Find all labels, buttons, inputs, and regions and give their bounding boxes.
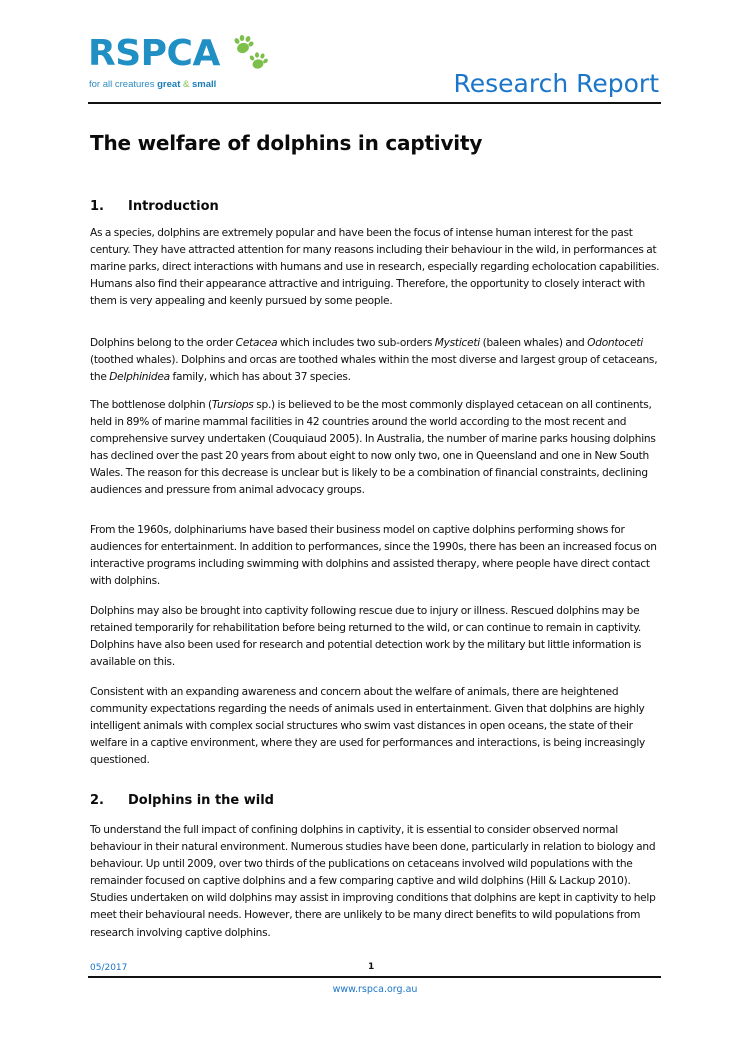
text-run: The bottlenose dolphin ( — [90, 399, 212, 411]
document-page: RSPCA for all cr — [0, 0, 750, 1061]
paragraph-wild-1: To understand the full impact of confini… — [90, 822, 662, 942]
paragraph-intro-5: Dolphins may also be brought into captiv… — [90, 603, 662, 671]
taxon-odontoceti: Odontoceti — [587, 337, 643, 349]
logo-wordmark: RSPCA — [88, 34, 220, 74]
taxon-tursiops: Tursiops — [212, 399, 254, 411]
text-run: which includes two sub-orders — [277, 337, 434, 349]
paragraph-intro-6: Consistent with an expanding awareness a… — [90, 684, 662, 769]
paragraph-intro-3: The bottlenose dolphin (Tursiops sp.) is… — [90, 397, 662, 500]
tagline-ampersand: & — [180, 79, 192, 90]
tagline-great: great — [157, 79, 180, 90]
logo-tagline: for all creatures great & small — [89, 79, 216, 90]
text-run: (baleen whales) and — [480, 337, 587, 349]
section-number: 1. — [90, 199, 128, 214]
tagline-prefix: for all creatures — [89, 79, 157, 90]
section-number: 2. — [90, 793, 128, 808]
footer-website-link[interactable]: www.rspca.org.au — [0, 984, 750, 995]
taxon-mysticeti: Mysticeti — [435, 337, 480, 349]
text-run: Dolphins belong to the order — [90, 337, 236, 349]
header-divider — [88, 102, 661, 104]
tagline-small: small — [192, 79, 216, 90]
text-run: sp.) is believed to be the most commonly… — [90, 399, 656, 496]
rspca-logo: RSPCA for all cr — [88, 34, 288, 98]
paragraph-intro-1: As a species, dolphins are extremely pop… — [90, 225, 662, 310]
paragraph-intro-4: From the 1960s, dolphinariums have based… — [90, 522, 662, 590]
footer-date: 05/2017 — [90, 963, 127, 973]
section-heading-introduction: 1.Introduction — [90, 199, 219, 214]
page-number: 1 — [368, 962, 374, 972]
page-title: The welfare of dolphins in captivity — [90, 131, 482, 155]
taxon-cetacea: Cetacea — [236, 337, 278, 349]
taxon-delphinidea: Delphinidea — [109, 371, 170, 383]
section-title: Dolphins in the wild — [128, 793, 274, 808]
section-heading-dolphins-in-the-wild: 2.Dolphins in the wild — [90, 793, 274, 808]
paw-prints-icon — [231, 34, 269, 74]
research-report-label: Research Report — [454, 69, 660, 99]
footer-divider — [88, 976, 661, 978]
section-title: Introduction — [128, 199, 219, 214]
paragraph-intro-2: Dolphins belong to the order Cetacea whi… — [90, 335, 662, 386]
text-run: family, which has about 37 species. — [170, 371, 351, 383]
page-header: RSPCA for all cr — [88, 30, 661, 110]
